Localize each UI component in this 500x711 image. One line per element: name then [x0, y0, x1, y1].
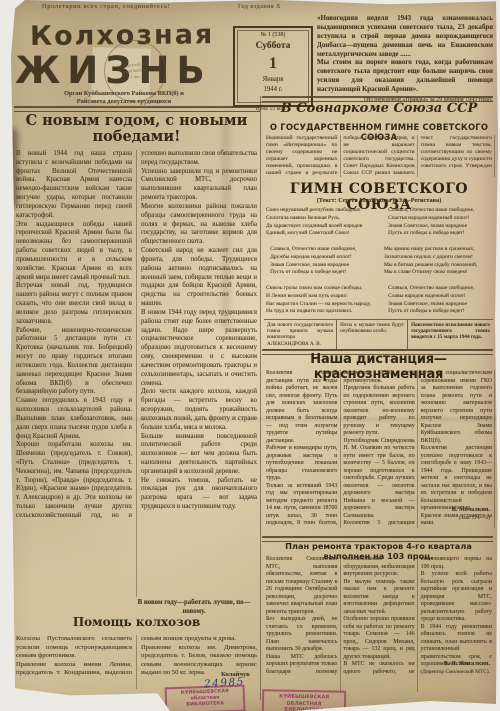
scan-background: Пролетарии всех стран, соединяйтесь! Год…: [0, 0, 500, 711]
distance-article-body: Коллектив нашей дистанции пути все годы …: [266, 370, 492, 528]
anthem-note: Ноты к музыке гимна будут опубликованы о…: [336, 320, 407, 349]
distance-signature: В. Мочалкин.: [396, 506, 490, 513]
help-article-title: Помощь колхозов: [16, 615, 257, 629]
sovnarkom-kicker: В Совнаркоме Союза ССР: [266, 101, 492, 116]
anthem-verse-left: Союз нерушимый республик свободных Сплот…: [266, 207, 374, 317]
anthem-verses: Союз нерушимый республик свободных Сплот…: [266, 207, 492, 317]
issue-box: № 1 (538) Суббота 1 Января 1944 г.: [233, 26, 313, 107]
lead-article-title: С новым годом, с новыми победами!: [16, 113, 257, 145]
edition-year: Год издания X: [238, 3, 281, 10]
tractor-signature: В. Л. Жигалкин.: [388, 660, 490, 667]
tractor-signature-role: (Директор Смолинской МТС).: [380, 669, 490, 675]
anthem-notes-row: Для нового государственного гимна принят…: [264, 319, 493, 350]
issue-number: № 1 (538): [235, 32, 311, 38]
newspaper-page: Пролетарии всех стран, соединяйтесь! Год…: [0, 0, 500, 711]
lead-quote: «Новогодняя неделя 1943 года ознаменовал…: [317, 14, 493, 104]
anthem-byline: (Текст: Сергея Михалкова и Эль-Регистана…: [266, 197, 492, 204]
issue-weekday: Суббота: [235, 41, 311, 51]
lead-article-body: В новый 1944 год наша страна вступила с …: [16, 150, 257, 597]
section-divider: [260, 96, 261, 700]
slogan-text: Пролетарии всех стран, соединяйтесь!: [42, 3, 212, 10]
issue-year: 1944 г.: [235, 86, 311, 93]
library-stamp-right: КУЙБЫШЕВСКАЯ ОБЛАСТНАЯ БИБЛИОТЕКА: [262, 689, 346, 711]
issue-day: 1: [235, 55, 311, 73]
anthem-note: Для нового государственного гимна принят…: [264, 320, 336, 349]
anthem-decree-body: Нынешний государственный гимн «Интернаци…: [266, 135, 492, 177]
organ-line: Орган Куйбышевского Райкома ВКП(б) и Рай…: [18, 90, 230, 106]
anthem-verse-right: Славься, Отечество наше свободное, Счаст…: [384, 207, 492, 317]
distance-signature-role: (Зам. ПЧ—5): [396, 515, 490, 521]
issue-month: Января: [235, 76, 311, 83]
lead-article-closing: В новом году—работать лучше, по—новому.: [132, 599, 256, 617]
lead-quote-text: «Новогодняя неделя 1943 года ознаменовал…: [317, 14, 493, 94]
anthem-note: Повсеместное исполнение нового государст…: [407, 320, 493, 349]
